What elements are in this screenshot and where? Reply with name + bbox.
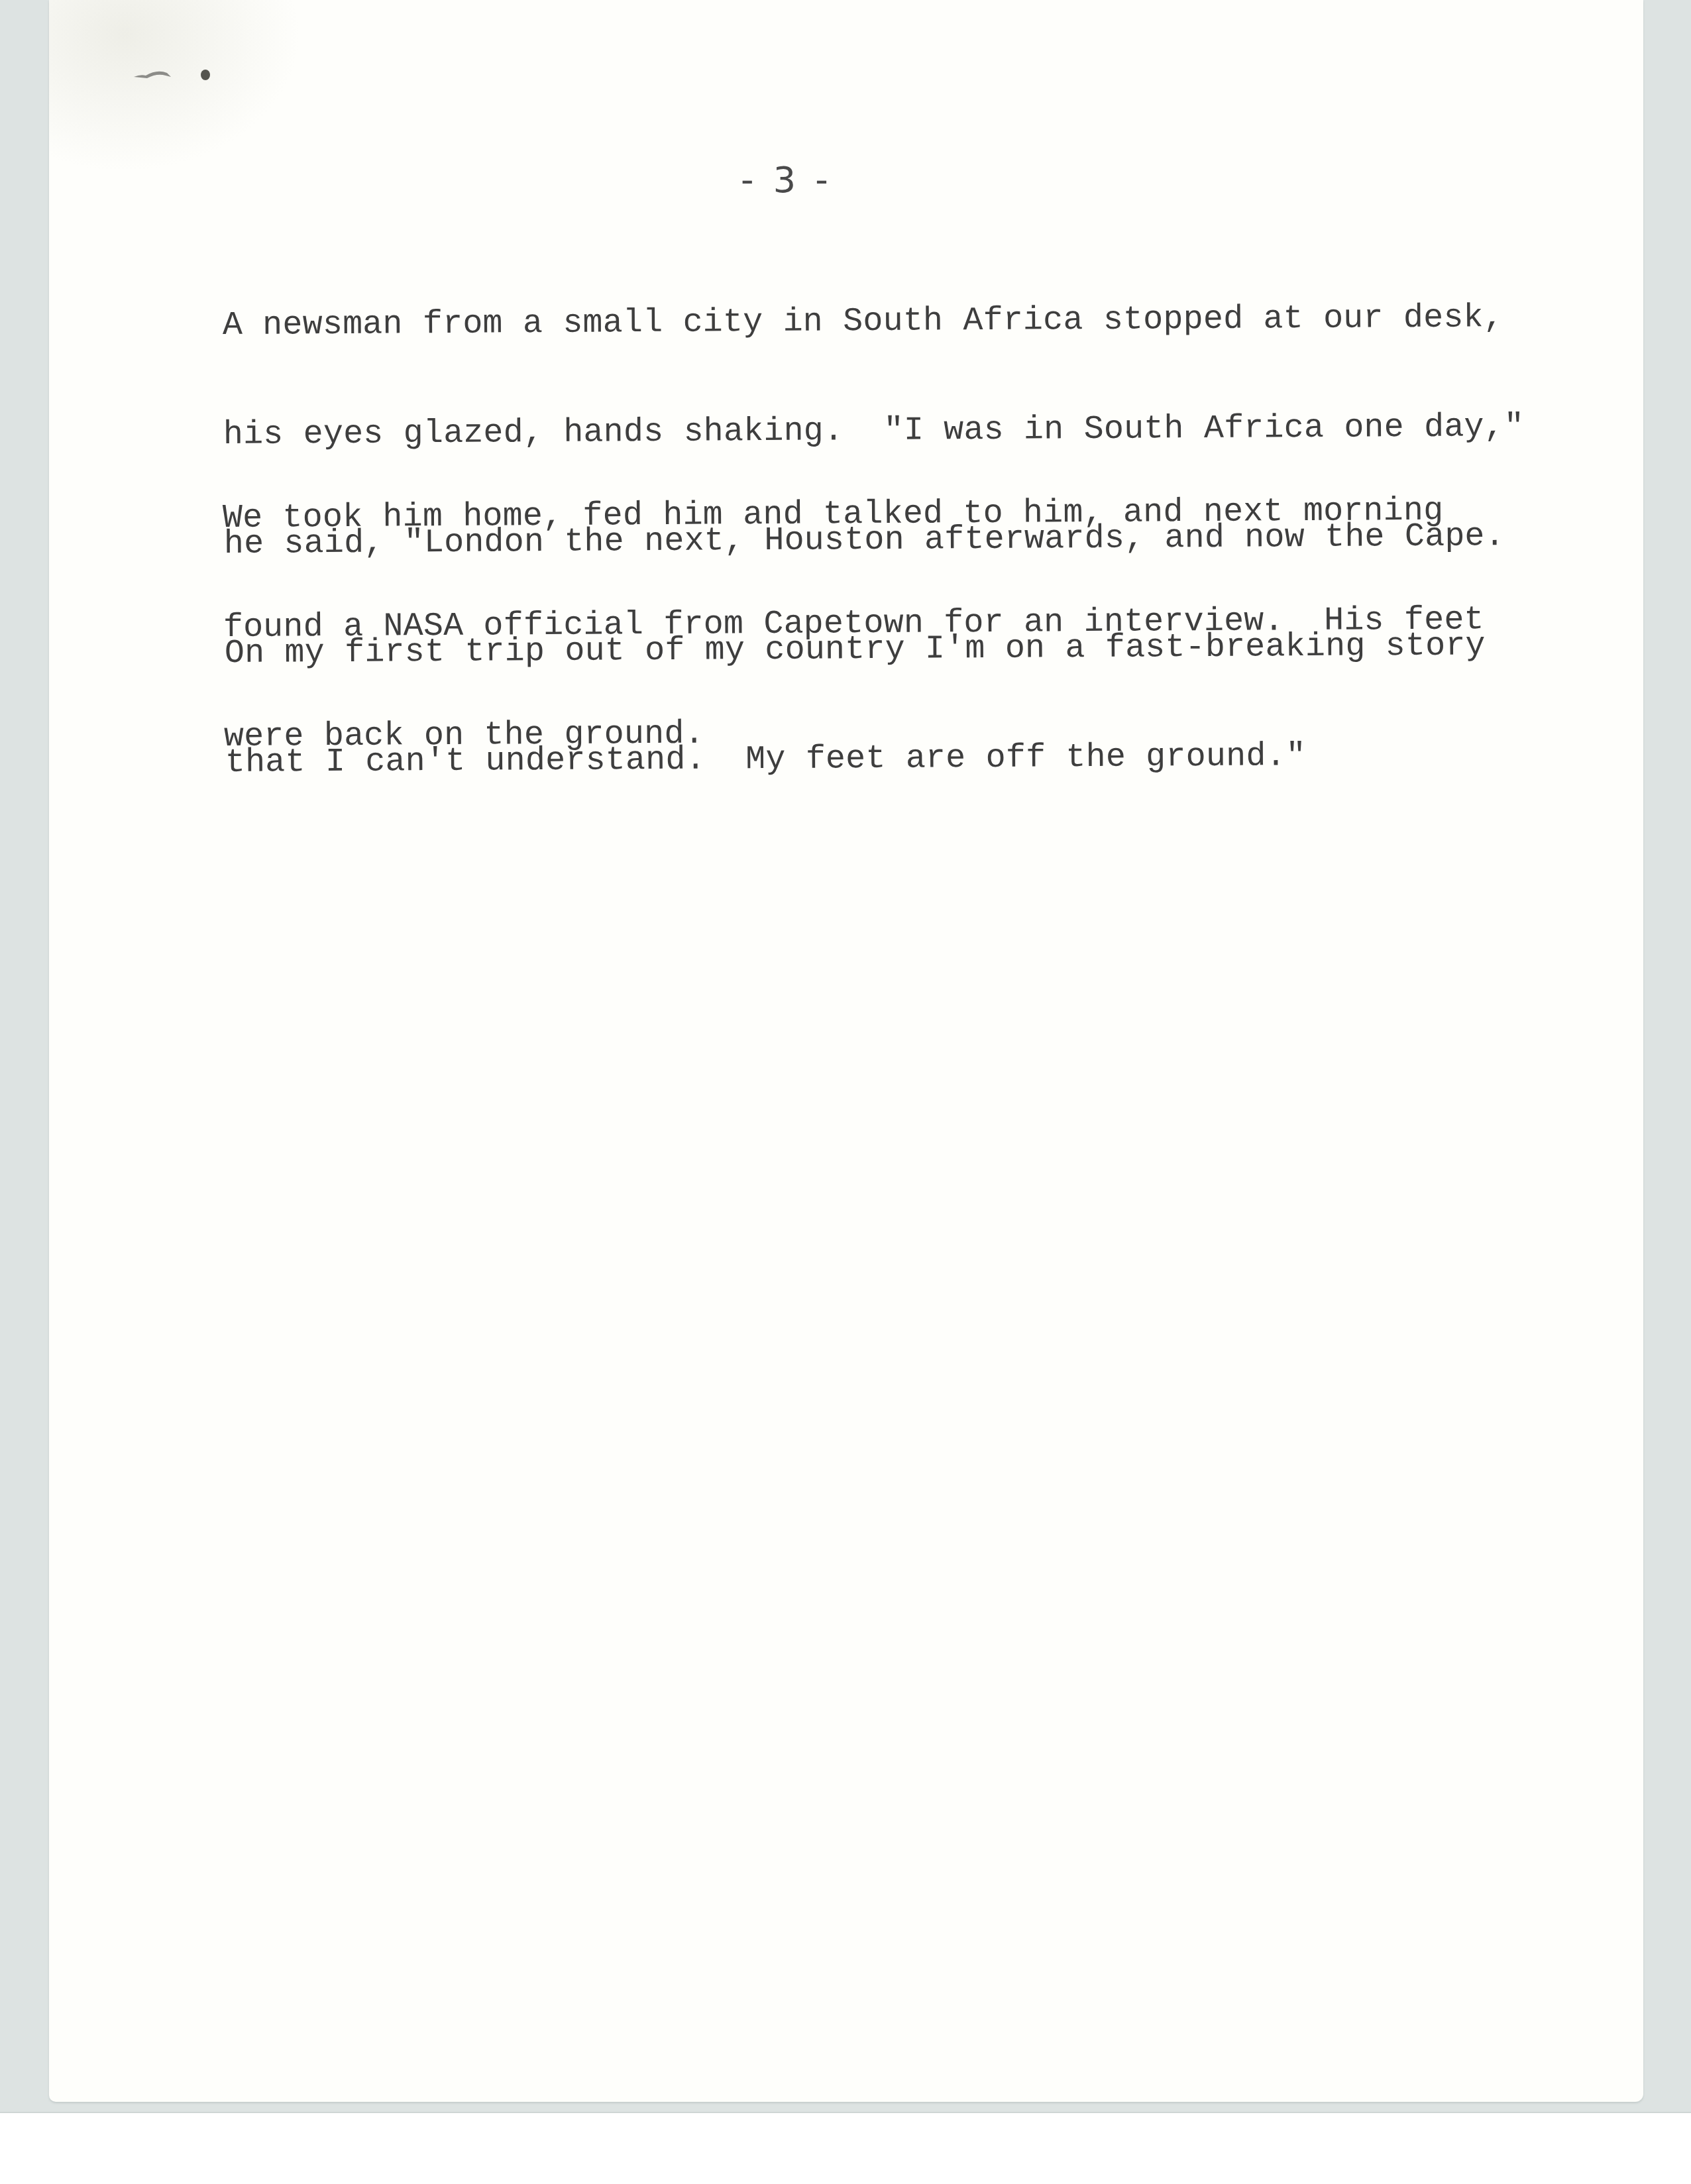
text-line: We took him home, fed him and talked to … bbox=[223, 494, 1484, 535]
staple-hole-mark-icon bbox=[127, 64, 220, 83]
page-number: - 3 - bbox=[741, 159, 832, 201]
text-line: found a NASA official from Capetown for … bbox=[223, 603, 1484, 645]
paragraph-took-him-home: We took him home, fed him and talked to … bbox=[222, 418, 1485, 792]
text-line: were back on the ground. bbox=[224, 712, 1485, 754]
text-line: A newsman from a small city in South Afr… bbox=[223, 301, 1524, 343]
